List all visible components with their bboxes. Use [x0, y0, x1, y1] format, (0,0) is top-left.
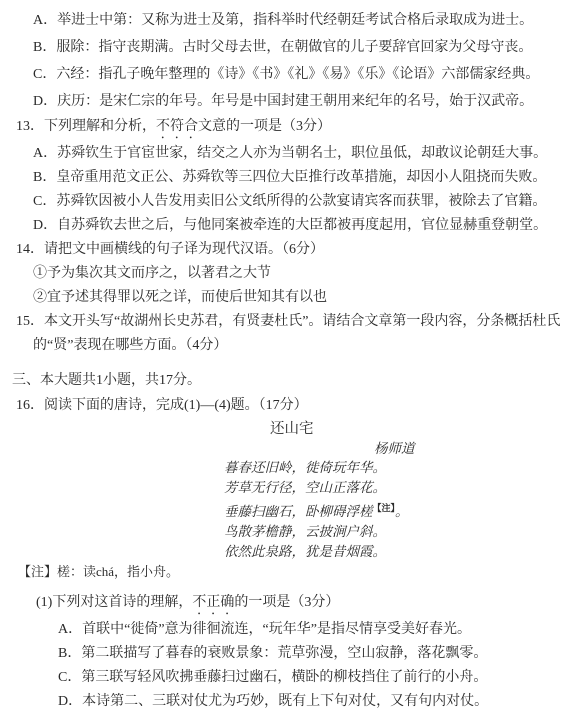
- q14-stem: 14．请把文中画横线的句子译为现代汉语。（6分）: [12, 238, 573, 262]
- q12-options-block: A．举进士中第：又称为进士及第，指科举时代经朝廷考试合格后录取成为进士。 B．服…: [12, 7, 573, 115]
- poem-line-3: 垂藤扫幽石，卧柳碍浮槎【注】。: [12, 498, 573, 522]
- q16-sub1-stem-prefix: (1)下列对这首诗的理解，: [36, 595, 192, 610]
- q16-sub1-block: (1)下列对这首诗的理解，不正确的一项是（3分） A．首联中“徙倚”意为徘徊流连…: [12, 590, 573, 711]
- q13-block: 13．下列理解和分析，不符合文意的一项是（3分） A．苏舜钦生于官宦世家，结交之…: [12, 115, 573, 238]
- q12-option-a: A．举进士中第：又称为进士及第，指科举时代经朝廷考试合格后录取成为进士。: [12, 7, 573, 34]
- q15-stem-line2: 的“贤”表现在哪些方面。（4分）: [12, 334, 573, 358]
- q16-sub1-stem-suffix: 的一项是（3分）: [234, 595, 339, 610]
- q13-option-b: B．皇帝重用范文正公、苏舜钦等三四位大臣推行改革措施，却因小人阻挠而失败。: [12, 166, 573, 190]
- poem-line-3-text: 垂藤扫幽石，卧柳碍浮槎: [224, 504, 373, 519]
- poem-block: 还山宅 杨师道 暮春还旧岭，徙倚玩年华。 芳草无行径，空山正落花。 垂藤扫幽石，…: [12, 418, 573, 562]
- q16-sub1-stem: (1)下列对这首诗的理解，不正确的一项是（3分）: [12, 590, 573, 618]
- q14-sentence-2: ②宜予述其得罪以死之详，而使后世知其有以也: [12, 286, 573, 310]
- q12-option-b: B．服除：指守丧期满。古时父母去世，在朝做官的儿子要辞官回家为父母守丧。: [12, 34, 573, 61]
- q13-stem: 13．下列理解和分析，不符合文意的一项是（3分）: [12, 115, 573, 142]
- q16-sub1-option-c: C．第三联写轻风吹拂垂藤扫过幽石，横卧的柳枝挡住了前行的小舟。: [12, 666, 573, 690]
- section3-header: 三、本大题共1小题，共17分。: [12, 368, 573, 393]
- poem-title: 还山宅: [12, 418, 573, 440]
- poem-author: 杨师道: [12, 440, 573, 458]
- q16-stem: 16．阅读下面的唐诗，完成(1)—(4)题。（17分）: [12, 393, 573, 418]
- poem-note-superscript: 【注】: [373, 503, 396, 513]
- poem-line-1: 暮春还旧岭，徙倚玩年华。: [12, 458, 573, 478]
- poem-line-5: 依然此泉路，犹是昔烟霞。: [12, 542, 573, 562]
- q15-stem-line1: 15．本文开头写“故湖州长史苏君，有贤妻杜氏”。请结合文章第一段内容，分条概括杜…: [12, 310, 573, 334]
- q13-stem-emphasis: 不符合: [156, 119, 198, 134]
- q14-sentence-1: ①予为集次其文而序之，以著君之大节: [12, 262, 573, 286]
- q16-sub1-option-d: D．本诗第二、三联对仗尤为巧妙，既有上下句对仗，又有句内对仗。: [12, 690, 573, 711]
- q13-option-a: A．苏舜钦生于官宦世家，结交之人亦为当朝名士，职位虽低，却敢议论朝廷大事。: [12, 142, 573, 166]
- poem-footnote: 【注】槎：读chá，指小舟。: [12, 562, 573, 582]
- exam-page: A．举进士中第：又称为进士及第，指科举时代经朝廷考试合格后录取成为进士。 B．服…: [0, 0, 579, 711]
- q13-stem-prefix: 13．下列理解和分析，: [16, 119, 156, 134]
- q15-block: 15．本文开头写“故湖州长史苏君，有贤妻杜氏”。请结合文章第一段内容，分条概括杜…: [12, 310, 573, 358]
- q13-option-d: D．自苏舜钦去世之后，与他同案被牵连的大臣都被再度起用，官位显赫重登朝堂。: [12, 214, 573, 238]
- q14-block: 14．请把文中画横线的句子译为现代汉语。（6分） ①予为集次其文而序之，以著君之…: [12, 238, 573, 310]
- q13-stem-suffix: 文意的一项是（3分）: [198, 119, 331, 134]
- q16-sub1-option-b: B．第二联描写了暮春的衰败景象：荒草弥漫，空山寂静，落花飘零。: [12, 642, 573, 666]
- q16-sub1-stem-emphasis: 不正确: [192, 595, 234, 610]
- poem-line-4: 鸟散茅檐静，云披涧户斜。: [12, 522, 573, 542]
- q13-option-c: C．苏舜钦因被小人告发用卖旧公文纸所得的公款宴请宾客而获罪，被除去了官籍。: [12, 190, 573, 214]
- section3-block: 三、本大题共1小题，共17分。 16．阅读下面的唐诗，完成(1)—(4)题。（1…: [12, 368, 573, 418]
- poem-line-3-period: 。: [395, 504, 409, 519]
- q16-sub1-option-a: A．首联中“徙倚”意为徘徊流连，“玩年华”是指尽情享受美好春光。: [12, 618, 573, 642]
- q12-option-c: C．六经：指孔子晚年整理的《诗》《书》《礼》《易》《乐》《论语》六部儒家经典。: [12, 61, 573, 88]
- q12-option-d: D．庆历：是宋仁宗的年号。年号是中国封建王朝用来纪年的名号，始于汉武帝。: [12, 88, 573, 115]
- poem-line-2: 芳草无行径，空山正落花。: [12, 478, 573, 498]
